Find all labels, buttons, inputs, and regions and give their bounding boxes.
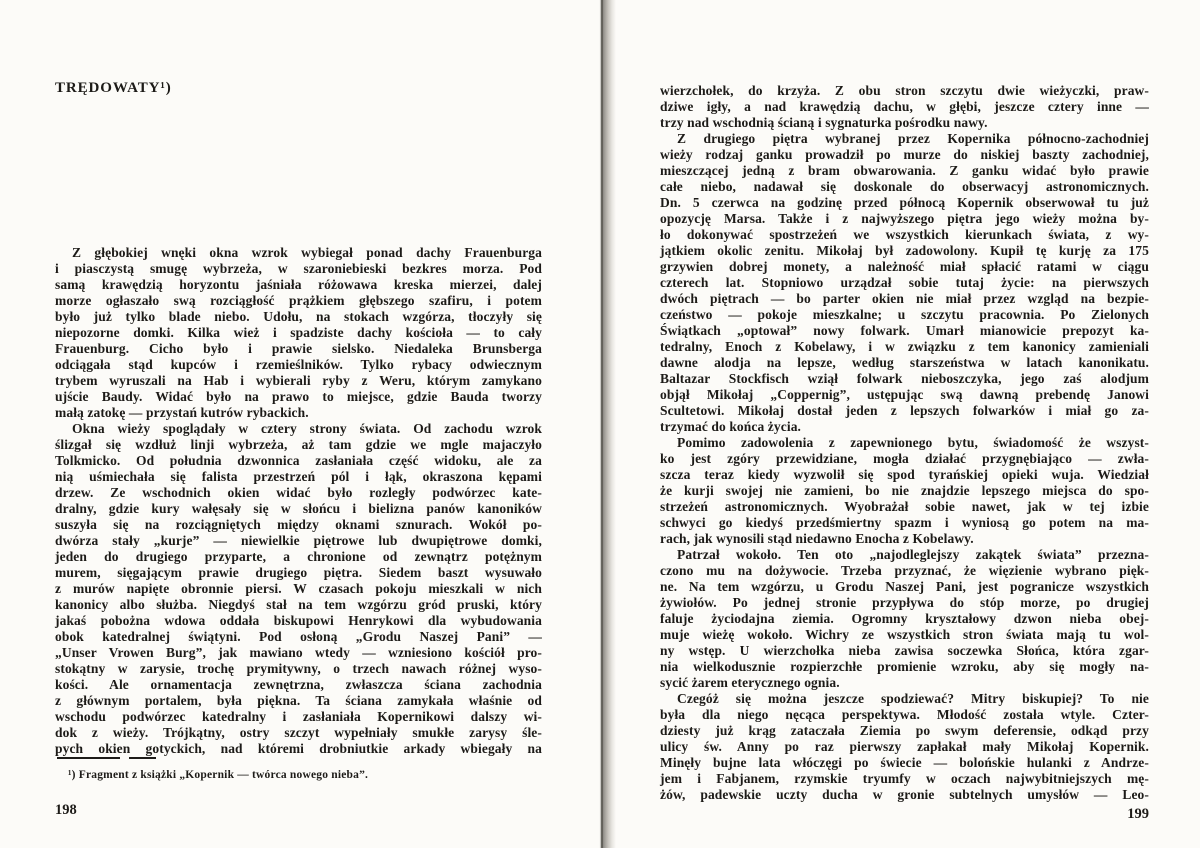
paragraph: Pomimo zadowolenia z zapewnionego bytu, … — [660, 435, 1149, 547]
text-line: dziesty już krąg zataczała Ziemia po swy… — [660, 723, 1149, 739]
text-line: trybem wyruszali na Hab i wybierali ryby… — [55, 373, 542, 389]
text-line: Scultetowi. Mikołaj dostał jeden z lepsz… — [660, 403, 1149, 419]
text-line: trzy nad wschodnią ścianą i sygnaturka p… — [660, 115, 1149, 131]
text-line: „Unser Vrowen Burg”, jak mawiano wtedy —… — [55, 645, 542, 661]
text-line: ne. Na tem wzgórzu, u Grodu Naszej Pani,… — [660, 579, 1149, 595]
text-line: małą zatokę — przystań kutrów rybackich. — [55, 405, 542, 421]
text-line: niepozorne domki. Kilka wież i spadziste… — [55, 325, 542, 341]
text-line: strzeżeń astronomicznych. Wyobrażał sobi… — [660, 499, 1149, 515]
text-line: czeństwo — pokoje mieszkalne; u szczytu … — [660, 307, 1149, 323]
text-line: stokątny w zarysie, trochę prymitywny, o… — [55, 661, 542, 677]
text-line: obok katedralnej świątyni. Pod osłoną „G… — [55, 629, 542, 645]
text-line: faluje życiodajna ziemia. Ogromny kryszt… — [660, 611, 1149, 627]
text-line: tedralny, Enoch z Kobelawy, i w związku … — [660, 339, 1149, 355]
text-line: Baltazar Stockfisch wziął folwark niebos… — [660, 371, 1149, 387]
text-line: trzymać do końca życia. — [660, 419, 1149, 435]
text-line: ko jest zgóry przewidziane, mogła działa… — [660, 451, 1149, 467]
paragraph: Czegóż się można jeszcze spodziewać? Mit… — [660, 691, 1149, 803]
text-line: żów, padewskie uczty ducha w gronie subt… — [660, 787, 1149, 803]
right-page-text: wierzchołek, do krzyża. Z obu stron szcz… — [660, 83, 1149, 803]
text-line: Z drugiego piętra wybranej przez Koperni… — [660, 131, 1149, 147]
text-line: suszyła się na rozciągniętych między okn… — [55, 517, 542, 533]
text-line: jeden do drugiego przyparte, a chronione… — [55, 549, 542, 565]
text-line: samą krawędzią horyzontu jaśniała różowa… — [55, 277, 542, 293]
text-line: ślizgał się wzdłuż linji wybrzeża, aż ta… — [55, 437, 542, 453]
text-line: drzew. Ze wschodnich okien widać było ro… — [55, 485, 542, 501]
chapter-title: TRĘDOWATY¹) — [55, 80, 172, 97]
text-line: dwórza stały „kurje” — niewielkie piętro… — [55, 533, 542, 549]
left-page-text: Z głębokiej wnęki okna wzrok wybiegał po… — [55, 245, 542, 757]
text-line: szcza teraz kiedy wyzwolił się spod tyra… — [660, 467, 1149, 483]
text-line: nią uśmiechała się falista przestrzeń pó… — [55, 469, 542, 485]
paragraph: Z głębokiej wnęki okna wzrok wybiegał po… — [55, 245, 542, 421]
text-line: grzywien dobrej monety, a należność miał… — [660, 259, 1149, 275]
text-line: wierzchołek, do krzyża. Z obu stron szcz… — [660, 83, 1149, 99]
text-line: odciągała stąd kupców i rzemieślników. T… — [55, 357, 542, 373]
text-line: czono mu na dożywocie. Trzeba przyznać, … — [660, 563, 1149, 579]
text-line: mieszczącej jedną z bram obwarowania. Z … — [660, 163, 1149, 179]
text-line: ulicy św. Anny po raz pierwszy zapłakał … — [660, 739, 1149, 755]
text-line: rach, jak wynosili stąd niedawno Enocha … — [660, 531, 1149, 547]
text-line: wschodu podwórzec katedralny i zasłaniał… — [55, 709, 542, 725]
text-line: muje wieżę wokoło. Wichry ze wszystkich … — [660, 627, 1149, 643]
text-line: opozycję Marsa. Także i z najwyższego pi… — [660, 211, 1149, 227]
text-line: Frauenburg. Cicho było i prawie sielsko.… — [55, 341, 542, 357]
text-line: dziwe igły, a nad krawędzią dachu, w głę… — [660, 99, 1149, 115]
paragraph: Z drugiego piętra wybranej przez Koperni… — [660, 131, 1149, 435]
book-gutter — [596, 0, 616, 848]
left-page: TRĘDOWATY¹) Z głębokiej wnęki okna wzrok… — [55, 0, 542, 848]
text-line: z murów napięte obronnie piersi. W czasa… — [55, 581, 542, 597]
text-line: czterech lat. Stopniowo urządzał sobie t… — [660, 275, 1149, 291]
footnote-rule — [57, 757, 156, 759]
text-line: Z głębokiej wnęki okna wzrok wybiegał po… — [55, 245, 542, 261]
text-line: Świątkach „optował” nowy folwark. Umarł … — [660, 323, 1149, 339]
page-number-right: 199 — [1127, 806, 1149, 823]
text-line: dralny, gdzie kury wałęsały się w słońcu… — [55, 501, 542, 517]
footnote-rule-segment — [129, 757, 156, 759]
text-line: kości. Ale ornamentacja zewnętrzna, zwła… — [55, 677, 542, 693]
text-line: całe niebo, nadawał się doskonale do obs… — [660, 179, 1149, 195]
page-number-left: 198 — [55, 802, 77, 819]
text-line: sycić żarem eterycznego ognia. — [660, 675, 1149, 691]
text-line: dawne alodja na lepsze, według starszeńs… — [660, 355, 1149, 371]
text-line: ujście Baudy. Widać było na prawo to mie… — [55, 389, 542, 405]
text-line: Patrzał wokoło. Ten oto „najodleglejszy … — [660, 547, 1149, 563]
text-line: kanonicy albo służba. Niegdyś stał na te… — [55, 597, 542, 613]
text-line: Dn. 5 czerwca na godzinę przed północą K… — [660, 195, 1149, 211]
text-line: jem i Fabjanem, rzymskie tryumfy w oczac… — [660, 771, 1149, 787]
text-line: ło dokonywać spostrzeżeń we wszystkich k… — [660, 227, 1149, 243]
text-line: była dla niego nęcąca perspektywa. Młodo… — [660, 707, 1149, 723]
text-line: jakaś pobożna wdowa oddała biskupowi Hen… — [55, 613, 542, 629]
text-line: jątkiem okolic zenitu. Mikołaj był zadow… — [660, 243, 1149, 259]
paragraph: Okna wieży spoglądały w cztery strony św… — [55, 421, 542, 757]
paragraph: wierzchołek, do krzyża. Z obu stron szcz… — [660, 83, 1149, 131]
text-line: objął Mikołaj „Coppernig”, ustępując swą… — [660, 387, 1149, 403]
text-line: Tolkmicko. Od południa dzwonnica zasłani… — [55, 453, 542, 469]
footnote: ¹) Fragment z książki „Kopernik — twórca… — [55, 769, 542, 781]
text-line: żywiołów. Po jednej stronie przypływa do… — [660, 595, 1149, 611]
text-line: było już tylko blade niebo. Udołu, na st… — [55, 309, 542, 325]
text-line: i piasczystą smugę wybrzeża, w szaronieb… — [55, 261, 542, 277]
text-line: dok z wieży. Trójkątny, ostry szczyt wyp… — [55, 725, 542, 741]
text-line: ny wstęp. U wierzchołka nieba zawisa soc… — [660, 643, 1149, 659]
text-line: murem, sięgającym prawie drugiego piętra… — [55, 565, 542, 581]
text-line: pych okien gotyckich, nad któremi drobni… — [55, 741, 542, 757]
paragraph: Patrzał wokoło. Ten oto „najodleglejszy … — [660, 547, 1149, 691]
text-line: Okna wieży spoglądały w cztery strony św… — [55, 421, 542, 437]
text-line: wieży rodzaj ganku prowadził po murze do… — [660, 147, 1149, 163]
text-line: dwóch piętrach — bo parter okien nie mia… — [660, 291, 1149, 307]
book-gutter-line — [601, 0, 603, 848]
text-line: schwyci go kiedyś przedśmiertny spazm i … — [660, 515, 1149, 531]
right-page: wierzchołek, do krzyża. Z obu stron szcz… — [660, 0, 1149, 848]
text-line: Minęły bujne lata włóczęgi po świecie — … — [660, 755, 1149, 771]
footnote-rule-segment — [57, 757, 120, 759]
text-line: że kurji swojej nie zamieni, bo nie znaj… — [660, 483, 1149, 499]
text-line: z głównym portalem, była piękna. Ta ścia… — [55, 693, 542, 709]
text-line: nia wielkodusznie rozpierzchłe promienie… — [660, 659, 1149, 675]
text-line: Pomimo zadowolenia z zapewnionego bytu, … — [660, 435, 1149, 451]
text-line: Czegóż się można jeszcze spodziewać? Mit… — [660, 691, 1149, 707]
text-line: morze ogłaszało swą rozciągłość prążkiem… — [55, 293, 542, 309]
